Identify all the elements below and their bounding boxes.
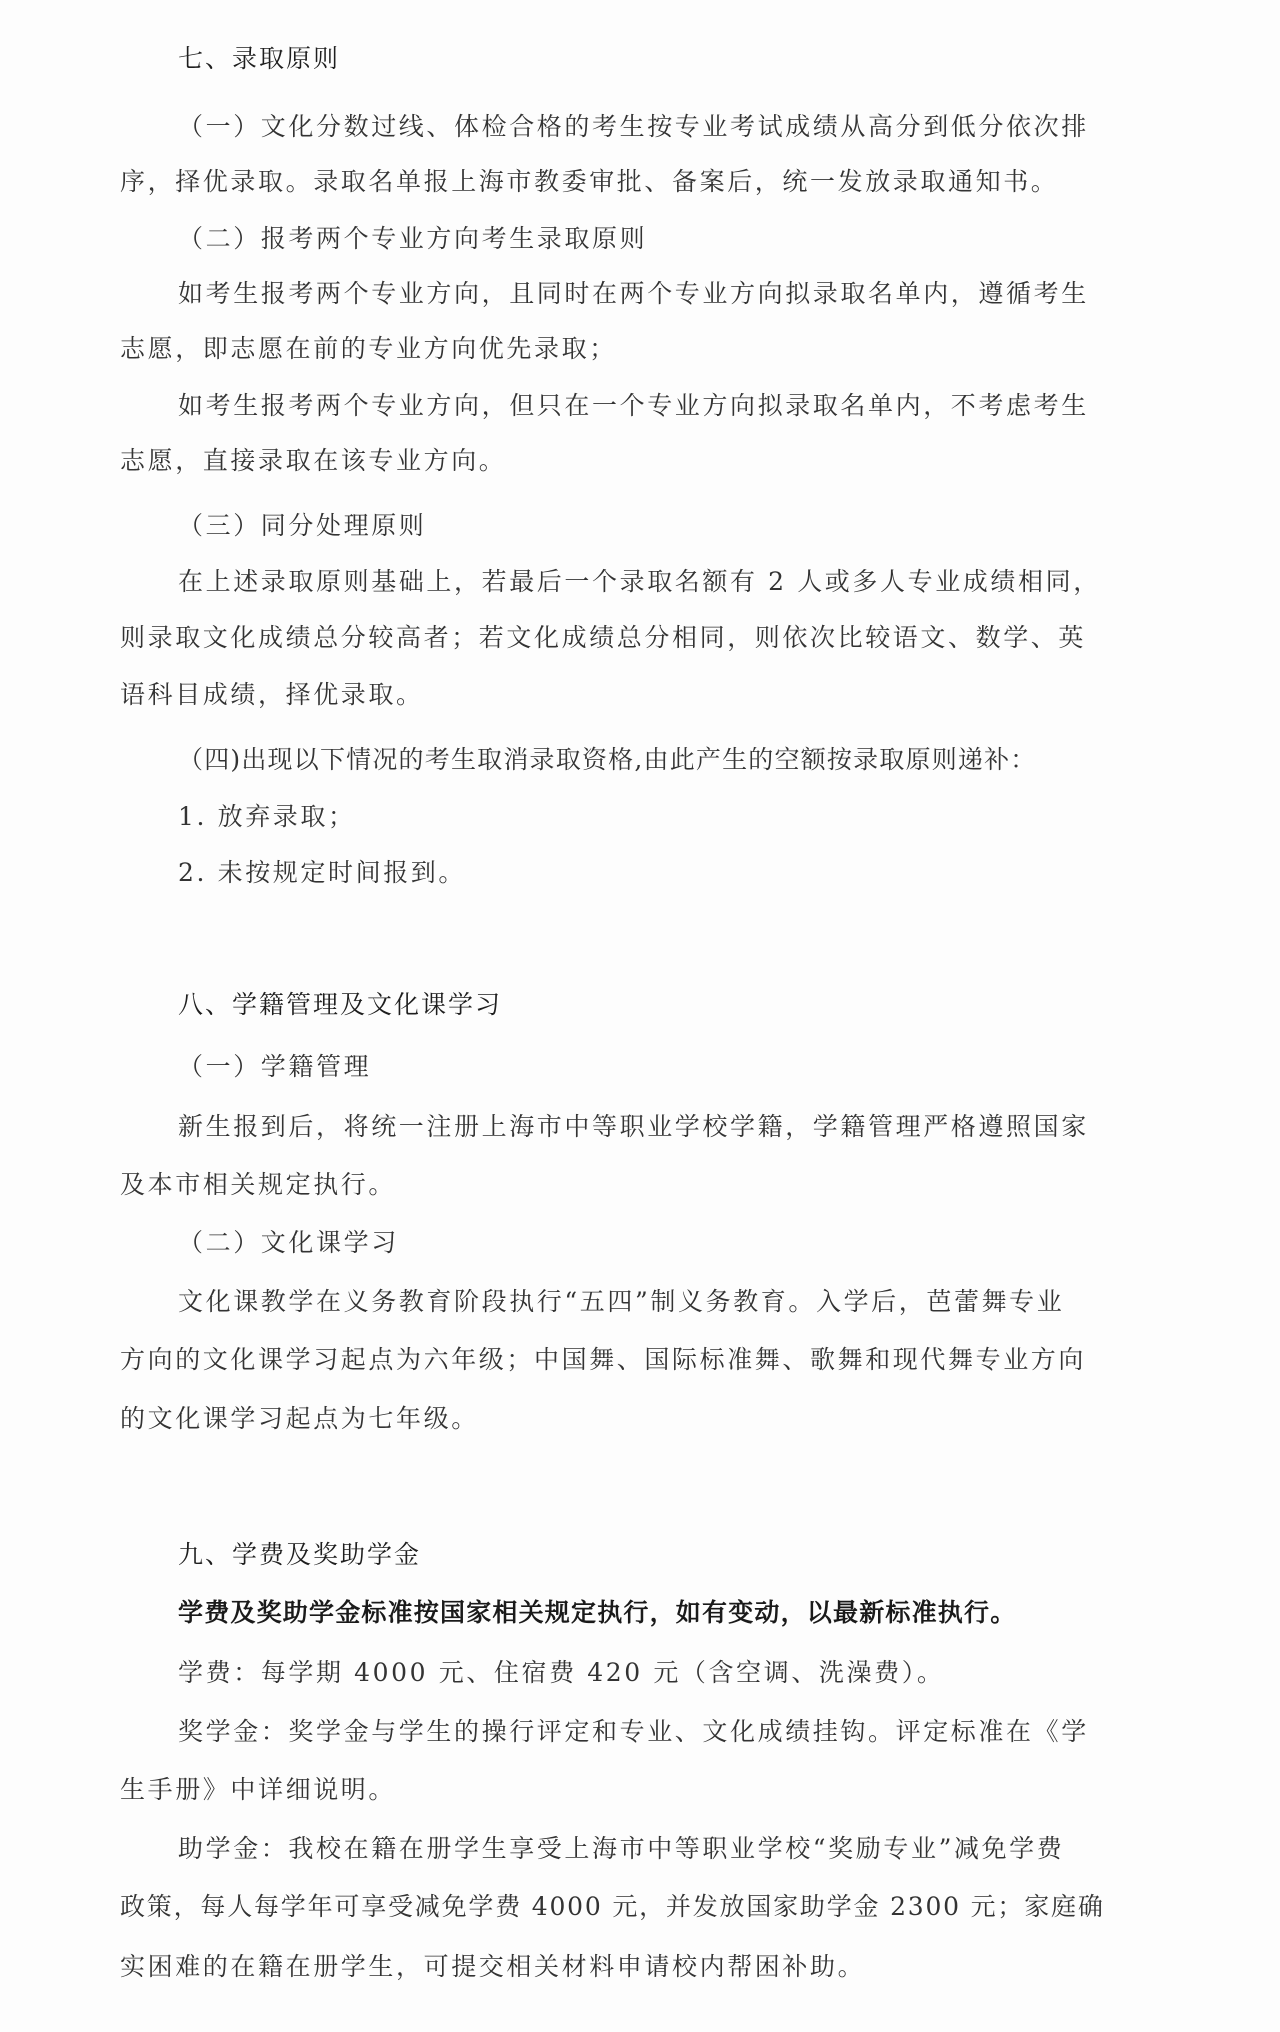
section-9-grant-line3: 实困难的在籍在册学生，可提交相关材料申请校内帮困补助。 — [120, 1950, 1140, 1984]
section-7-sub2-p2-line2: 志愿，直接录取在该专业方向。 — [120, 444, 1140, 478]
section-8-sub2-line2: 方向的文化课学习起点为六年级；中国舞、国际标准舞、歌舞和现代舞专业方向 — [120, 1343, 1140, 1377]
section-8-sub1-line2: 及本市相关规定执行。 — [120, 1168, 1140, 1202]
section-9-heading: 九、学费及奖助学金 — [178, 1538, 1138, 1572]
section-9-scholarship-line1: 奖学金：奖学金与学生的操行评定和专业、文化成绩挂钩。评定标准在《学 — [178, 1715, 1138, 1749]
section-7-sub4-item2: 2. 未按规定时间报到。 — [178, 856, 1138, 890]
section-7-sub3-line3: 语科目成绩，择优录取。 — [120, 678, 1140, 712]
section-9-scholarship-line2: 生手册》中详细说明。 — [120, 1773, 1140, 1807]
section-7-sub2-p2-line1: 如考生报考两个专业方向，但只在一个专业方向拟录取名单内，不考虑考生 — [178, 389, 1138, 423]
section-8-sub1-title: （一）学籍管理 — [178, 1050, 1138, 1084]
section-8-sub2-line3: 的文化课学习起点为七年级。 — [120, 1402, 1140, 1436]
section-7-sub3-line2: 则录取文化成绩总分较高者；若文化成绩总分相同，则依次比较语文、数学、英 — [120, 621, 1140, 655]
section-9-standard-note: 学费及奖助学金标准按国家相关规定执行，如有变动，以最新标准执行。 — [178, 1596, 1138, 1630]
section-8-heading: 八、学籍管理及文化课学习 — [178, 988, 1138, 1022]
section-7-sub2-title: （二）报考两个专业方向考生录取原则 — [178, 222, 1138, 256]
section-7-sub1-line2: 序，择优录取。录取名单报上海市教委审批、备案后，统一发放录取通知书。 — [120, 165, 1140, 199]
section-7-sub1-line1: （一）文化分数过线、体检合格的考生按专业考试成绩从高分到低分依次排 — [178, 110, 1138, 144]
section-8-sub2-line1: 文化课教学在义务教育阶段执行“五四”制义务教育。入学后，芭蕾舞专业 — [178, 1285, 1138, 1319]
section-7-sub4-title: （四)出现以下情况的考生取消录取资格,由此产生的空额按录取原则递补： — [178, 743, 1138, 777]
section-7-sub2-p1-line2: 志愿，即志愿在前的专业方向优先录取； — [120, 332, 1140, 366]
section-7-sub3-line1: 在上述录取原则基础上，若最后一个录取名额有 2 人或多人专业成绩相同， — [178, 565, 1138, 599]
section-9-grant-line1: 助学金：我校在籍在册学生享受上海市中等职业学校“奖励专业”减免学费 — [178, 1832, 1138, 1866]
section-8-sub1-line1: 新生报到后，将统一注册上海市中等职业学校学籍，学籍管理严格遵照国家 — [178, 1110, 1138, 1144]
section-8-sub2-title: （二）文化课学习 — [178, 1226, 1138, 1260]
section-7-heading: 七、录取原则 — [178, 42, 1138, 76]
section-9-tuition: 学费：每学期 4000 元、住宿费 420 元（含空调、洗澡费）。 — [178, 1656, 1138, 1690]
section-7-sub2-p1-line1: 如考生报考两个专业方向，且同时在两个专业方向拟录取名单内，遵循考生 — [178, 277, 1138, 311]
section-9-grant-line2: 政策，每人每学年可享受减免学费 4000 元，并发放国家助学金 2300 元；家… — [120, 1890, 1140, 1924]
section-7-sub3-title: （三）同分处理原则 — [178, 509, 1138, 543]
document-page: 七、录取原则 （一）文化分数过线、体检合格的考生按专业考试成绩从高分到低分依次排… — [0, 0, 1280, 2032]
section-7-sub4-item1: 1. 放弃录取； — [178, 800, 1138, 834]
